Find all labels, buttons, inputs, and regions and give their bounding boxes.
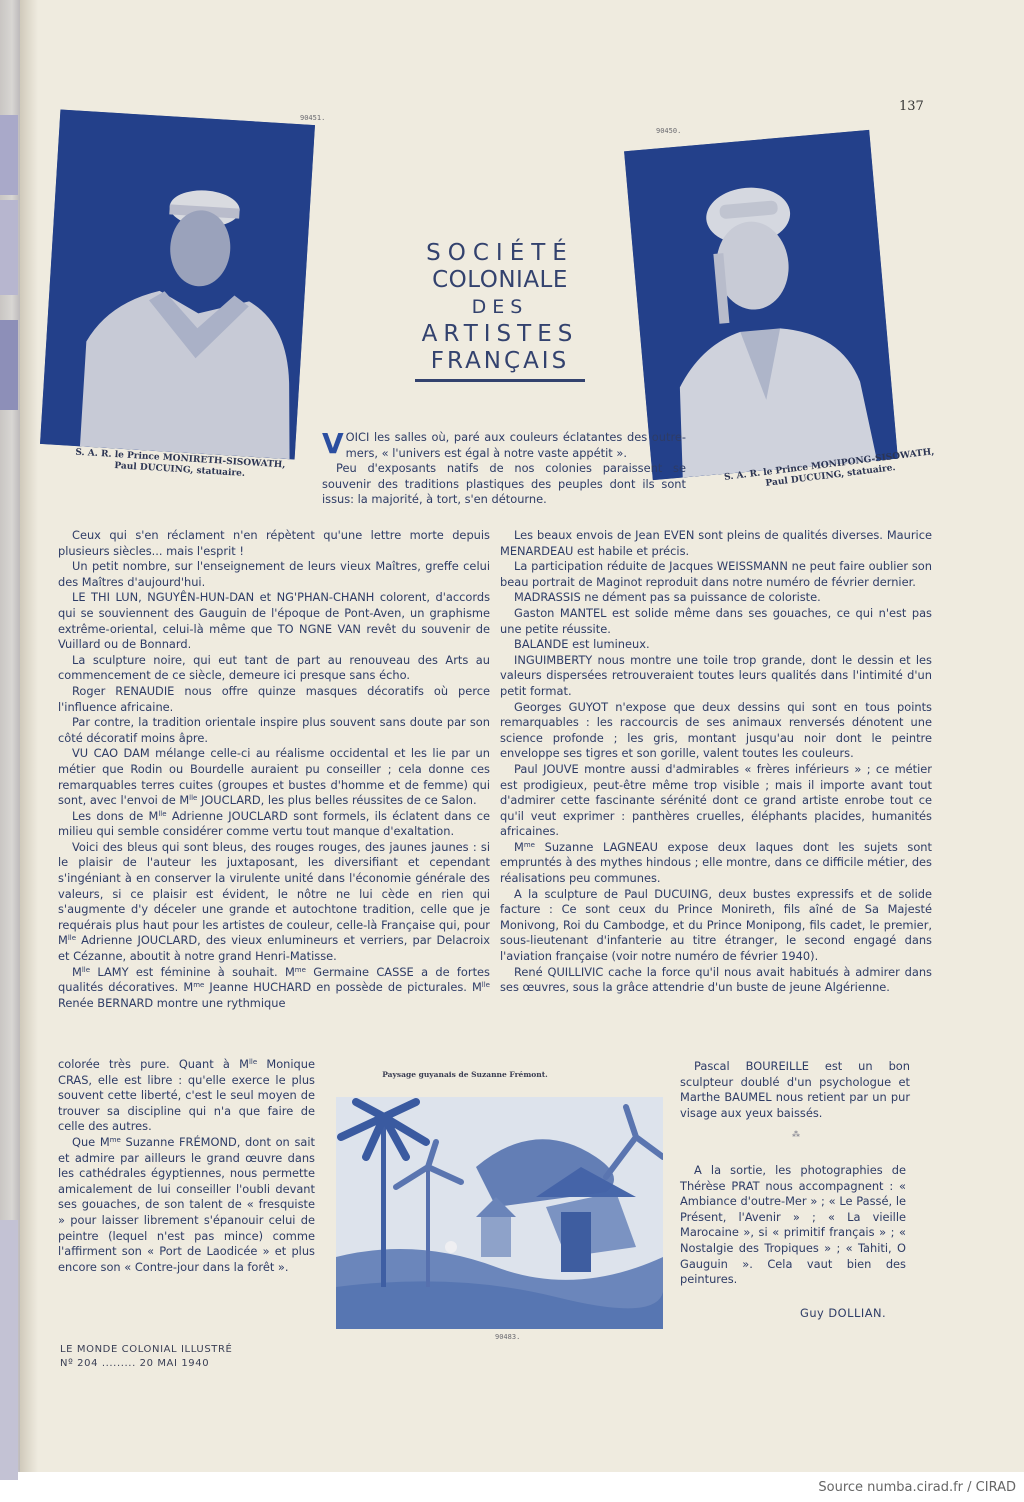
paragraph: La participation réduite de Jacques WEIS… <box>500 559 932 590</box>
paragraph: René QUILLIVIC cache la force qu'il nous… <box>500 965 932 996</box>
right-column-narrow: Pascal BOUREILLE est un bon sculpteur do… <box>680 1059 910 1121</box>
paragraph: INGUIMBERTY nous montre une toile trop g… <box>500 653 932 700</box>
right-column-closing: A la sortie, les photographies de Thérès… <box>680 1163 906 1288</box>
paragraph: BALANDE est lumineux. <box>500 637 932 653</box>
paragraph: Mlle LAMY est féminine à souhait. Mme Ge… <box>58 965 490 1012</box>
page-number: 137 <box>899 99 924 114</box>
painting-number: 90483. <box>495 1333 520 1341</box>
previous-page-image <box>0 115 18 195</box>
paragraph: Roger RENAUDIE nous offre quinze masques… <box>58 684 490 715</box>
paragraph: colorée très pure. Quant à Mlle Monique … <box>58 1057 315 1135</box>
paragraph: Georges GUYOT n'expose que deux dessins … <box>500 700 932 762</box>
paragraph: VU CAO DAM mélange celle-ci au réalisme … <box>58 746 490 808</box>
paragraph: Gaston MANTEL est solide même dans ses g… <box>500 606 932 637</box>
magazine-page: 90451. S. A. R. le Prince MONIRETH-SISOW… <box>0 0 1024 1472</box>
paragraph: Pascal BOUREILLE est un bon sculpteur do… <box>680 1059 910 1121</box>
paragraph: Par contre, la tradition orientale inspi… <box>58 715 490 746</box>
paragraph: Les beaux envois de Jean EVEN sont plein… <box>500 528 932 559</box>
title-underline <box>415 379 585 382</box>
article-title: SOCIÉTÉ COLONIALE DES ARTISTES FRANÇAIS <box>405 240 595 382</box>
previous-page-image <box>0 320 18 410</box>
paragraph: La sculpture noire, qui eut tant de part… <box>58 653 490 684</box>
paragraph: Voici des bleus qui sont bleus, des roug… <box>58 840 490 965</box>
photo-number-left: 90451. <box>300 114 325 122</box>
paragraph: Paul JOUVE montre aussi d'admirables « f… <box>500 762 932 840</box>
photo-prince-monipong <box>624 130 898 480</box>
right-column: Les beaux envois de Jean EVEN sont plein… <box>500 528 932 996</box>
spine-shadow <box>20 0 38 1472</box>
left-column: Ceux qui s'en réclament n'en répètent qu… <box>58 528 490 1011</box>
paragraph: A la sortie, les photographies de Thérès… <box>680 1163 906 1288</box>
issue-info: Nº 204 ......... 20 MAI 1940 <box>60 1357 232 1371</box>
painting-guyana-landscape <box>336 1097 663 1329</box>
source-credit: Source numba.cirad.fr / CIRAD <box>818 1480 1016 1495</box>
paragraph: Les dons de Mlle Adrienne JOUCLARD sont … <box>58 809 490 840</box>
paragraph: Mme Suzanne LAGNEAU expose deux laques d… <box>500 840 932 887</box>
paragraph: A la sculpture de Paul DUCUING, deux bus… <box>500 887 932 965</box>
previous-page-edge <box>0 0 20 1472</box>
bust-sculpture-image <box>624 130 898 480</box>
section-separator-asterism: ⁂ <box>786 1132 806 1138</box>
previous-page-image <box>0 200 18 295</box>
paragraph: LE THI LUN, NGUYÊN-HUN-DAN et NG'PHAN-CH… <box>58 590 490 652</box>
paragraph: MADRASSIS ne dément pas sa puissance de … <box>500 590 932 606</box>
article-intro: VOICI les salles où, paré aux couleurs é… <box>322 430 686 508</box>
painting-caption: Paysage guyanais de Suzanne Frémont. <box>330 1070 600 1079</box>
drop-cap: V <box>322 431 344 457</box>
publication-footer: LE MONDE COLONIAL ILLUSTRÉ Nº 204 ......… <box>60 1343 232 1371</box>
paragraph: Que Mme Suzanne FRÉMOND, dont on sait et… <box>58 1135 315 1275</box>
previous-page-image <box>0 1220 18 1480</box>
paragraph: Ceux qui s'en réclament n'en répètent qu… <box>58 528 490 559</box>
left-column-narrow: colorée très pure. Quant à Mlle Monique … <box>58 1057 315 1275</box>
author-signature: Guy DOLLIAN. <box>800 1306 886 1320</box>
bust-sculpture-image <box>40 110 315 460</box>
paragraph: Un petit nombre, sur l'enseignement de l… <box>58 559 490 590</box>
photo-number-right: 90450. <box>656 127 681 135</box>
publication-name: LE MONDE COLONIAL ILLUSTRÉ <box>60 1343 232 1357</box>
photo-prince-monireth <box>40 110 315 460</box>
landscape-painting-image <box>336 1097 663 1329</box>
